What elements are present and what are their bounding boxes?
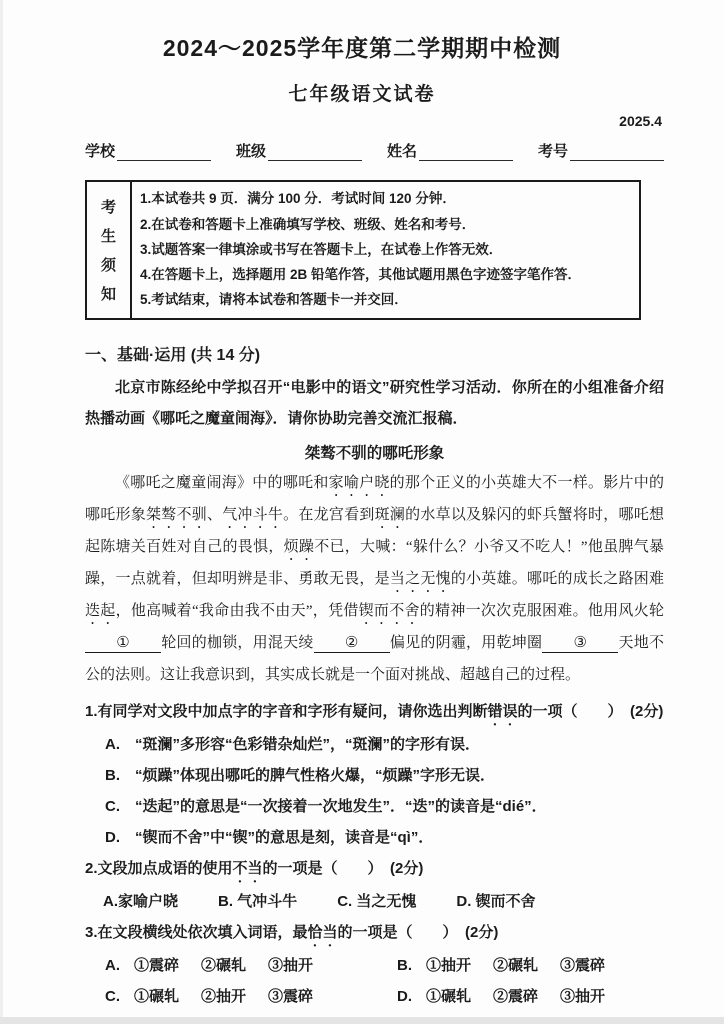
essay-text: 的精神一次次克服困难。他用风火轮 xyxy=(420,603,664,619)
question-3-option-a: A. ①震碎 ②碾轧 ③抽开 xyxy=(105,950,397,981)
question-1-option-b: B. “烦躁”体现出哪吒的脾气性格火爆，“烦躁”字形无误． xyxy=(85,760,664,791)
scan-edge-artifact xyxy=(0,0,3,1024)
option-item: ③抽开 xyxy=(560,981,605,1012)
field-name: 姓名 xyxy=(387,140,513,161)
dotted-word: 斑澜 xyxy=(375,507,405,523)
option-item: ②震碎 xyxy=(493,981,538,1012)
question-1-option-a: A. “斑澜”多形容“色彩错杂灿烂”，“斑澜”的字形有误． xyxy=(85,729,664,760)
option-item: ②抽开 xyxy=(201,981,246,1012)
field-class-label: 班级 xyxy=(236,140,266,161)
essay-text: 轮回的枷锁，用混天绫 xyxy=(161,635,314,651)
notice-side-char: 生 xyxy=(101,225,116,246)
question-1-stem: 1.有同学对文段中加点字的字音和字形有疑问，请你选出判断错误的一项（ ） (2分… xyxy=(85,696,664,729)
intro-paragraph: 北京市陈经纶中学拟召开“电影中的语文”研究性学习活动．你所在的小组准备介绍热播动… xyxy=(85,372,664,434)
essay-title: 桀骜不驯的哪吒形象 xyxy=(85,441,664,463)
question-3-options: A. ①震碎 ②碾轧 ③抽开 B. ①抽开 ②碾轧 ③震碎 C. ①碾轧 ②抽开… xyxy=(85,950,664,1012)
stem-text: 3.在文段横线处依次填入词语，最 xyxy=(85,924,308,941)
section-heading: 一、基础·运用 (共 14 分) xyxy=(85,342,664,365)
option-item: ③震碎 xyxy=(268,981,313,1012)
notice-side-char: 须 xyxy=(101,254,116,275)
question-3-stem: 3.在文段横线处依次填入词语，最恰当的一项是（ ） (2分) xyxy=(85,917,664,950)
field-school-label: 学校 xyxy=(85,140,115,161)
essay-text: 、 xyxy=(207,507,222,523)
question-2-option-b: B. 气冲斗牛 xyxy=(218,886,297,917)
question-3-option-c: C. ①碾轧 ②抽开 ③震碎 xyxy=(105,981,397,1012)
dotted-word: 桀骜不驯 xyxy=(146,507,207,523)
student-fields-row: 学校 班级 姓名 考号 xyxy=(85,140,664,161)
question-1: 1.有同学对文段中加点字的字音和字形有疑问，请你选出判断错误的一项（ ） (2分… xyxy=(85,696,664,853)
notice-side-label: 考 生 须 知 xyxy=(87,182,132,318)
notice-item-4: 4.在答题卡上，选择题用 2B 铅笔作答，其他试题用黑色字迹签字笔作答． xyxy=(140,266,629,284)
essay-text: 《哪吒之魔童闹海》中的哪吒和 xyxy=(115,475,329,491)
notice-side-char: 知 xyxy=(101,283,116,304)
notice-item-3: 3.试题答案一律填涂或书写在答题卡上，在试卷上作答无效． xyxy=(140,241,629,259)
option-label: D. xyxy=(397,981,412,1012)
dotted-word: 气冲斗牛 xyxy=(222,507,283,523)
dotted-word: 恰当 xyxy=(308,924,338,941)
question-1-option-d: D. “锲而不舍”中“锲”的意思是刻，读音是“qì”． xyxy=(85,822,664,853)
field-name-blank-line xyxy=(419,143,513,161)
option-item: ①碾轧 xyxy=(134,981,179,1012)
field-name-label: 姓名 xyxy=(387,140,417,161)
dotted-word: 不当 xyxy=(233,860,263,877)
essay-text: 偏见的阴霾，用乾坤圈 xyxy=(390,635,543,651)
option-label: B. xyxy=(397,950,412,981)
option-item: ②碾轧 xyxy=(201,950,246,981)
field-exam-number-blank-line xyxy=(570,143,664,161)
notice-item-5: 5.考试结束，请将本试卷和答题卡一并交回． xyxy=(140,291,629,309)
question-2-option-c: C. 当之无愧 xyxy=(337,886,416,917)
question-2-option-a: A.家喻户晓 xyxy=(103,886,178,917)
option-label: C. xyxy=(105,981,120,1012)
dotted-word: 锲而不舍 xyxy=(359,603,420,619)
question-2-options: A.家喻户晓 B. 气冲斗牛 C. 当之无愧 D. 锲而不舍 xyxy=(85,886,664,917)
essay-paragraph: 《哪吒之魔童闹海》中的哪吒和家喻户晓的那个正义的小英雄大不一样。影片中的哪吒形象… xyxy=(85,468,664,691)
dotted-word: 错误 xyxy=(488,703,518,720)
field-exam-number: 考号 xyxy=(538,140,664,161)
dotted-word: 家喻户晓 xyxy=(329,475,390,491)
option-item: ③震碎 xyxy=(560,950,605,981)
essay-text: 。在龙宫看到 xyxy=(283,507,374,523)
stem-text: 1.有同学对文段中加点字的字音和字形有疑问，请你选出判断 xyxy=(85,703,488,720)
question-3-option-b: B. ①抽开 ②碾轧 ③震碎 xyxy=(397,950,664,981)
stem-text: 的一项（ ） (2分) xyxy=(518,703,664,720)
option-item: ③抽开 xyxy=(268,950,313,981)
fill-blank-1: ① xyxy=(85,634,161,653)
field-exam-number-label: 考号 xyxy=(538,140,568,161)
stem-text: 的一项是（ ） (2分) xyxy=(263,860,424,877)
question-3-option-d: D. ①碾轧 ②震碎 ③抽开 xyxy=(397,981,664,1012)
stem-text: 2.文段加点成语的使用 xyxy=(85,860,233,877)
essay-text: 的小英雄。哪吒的成长之路困难 xyxy=(451,571,664,587)
option-item: ①震碎 xyxy=(134,950,179,981)
exam-title: 2024～2025学年度第二学期期中检测 xyxy=(0,30,724,63)
fill-blank-2: ② xyxy=(314,634,390,653)
question-2-stem: 2.文段加点成语的使用不当的一项是（ ） (2分) xyxy=(85,853,664,886)
option-item: ①抽开 xyxy=(426,950,471,981)
field-class: 班级 xyxy=(236,140,362,161)
field-school: 学校 xyxy=(85,140,211,161)
fill-blank-3: ③ xyxy=(542,634,618,653)
notice-item-list: 1.本试卷共 9 页．满分 100 分．考试时间 120 分钟． 2.在试卷和答… xyxy=(132,182,639,318)
dotted-word: 烦躁 xyxy=(284,539,315,555)
field-class-blank-line xyxy=(268,143,362,161)
exam-body: 一、基础·运用 (共 14 分) 北京市陈经纶中学拟召开“电影中的语文”研究性学… xyxy=(85,342,664,1012)
notice-item-2: 2.在试卷和答题卡上准确填写学校、班级、姓名和考号． xyxy=(140,216,629,234)
scanned-exam-page: { "header": { "title": "2024～2025学年度第二学期… xyxy=(0,0,724,1024)
exam-date: 2025.4 xyxy=(85,113,662,129)
option-label: A. xyxy=(105,950,120,981)
exam-subtitle: 七年级语文试卷 xyxy=(0,79,724,106)
scan-edge-artifact xyxy=(0,1017,724,1024)
question-2-option-d: D. 锲而不舍 xyxy=(456,886,535,917)
essay-text: ，他高喊着“我命由我不由天”，凭借 xyxy=(116,603,359,619)
question-2: 2.文段加点成语的使用不当的一项是（ ） (2分) A.家喻户晓 B. 气冲斗牛… xyxy=(85,853,664,917)
stem-text: 的一项是（ ） (2分) xyxy=(338,924,499,941)
dotted-word: 当之无愧 xyxy=(390,571,451,587)
question-1-option-c: C. “迭起”的意思是“一次接着一次地发生”．“迭”的读音是“dié”． xyxy=(85,791,664,822)
notice-item-1: 1.本试卷共 9 页．满分 100 分．考试时间 120 分钟． xyxy=(140,190,629,208)
dotted-word: 迭起 xyxy=(85,603,116,619)
examinee-notice-box: 考 生 须 知 1.本试卷共 9 页．满分 100 分．考试时间 120 分钟．… xyxy=(85,180,641,320)
notice-side-char: 考 xyxy=(101,196,116,217)
field-school-blank-line xyxy=(117,143,211,161)
question-3: 3.在文段横线处依次填入词语，最恰当的一项是（ ） (2分) A. ①震碎 ②碾… xyxy=(85,917,664,1012)
option-item: ②碾轧 xyxy=(493,950,538,981)
option-item: ①碾轧 xyxy=(426,981,471,1012)
